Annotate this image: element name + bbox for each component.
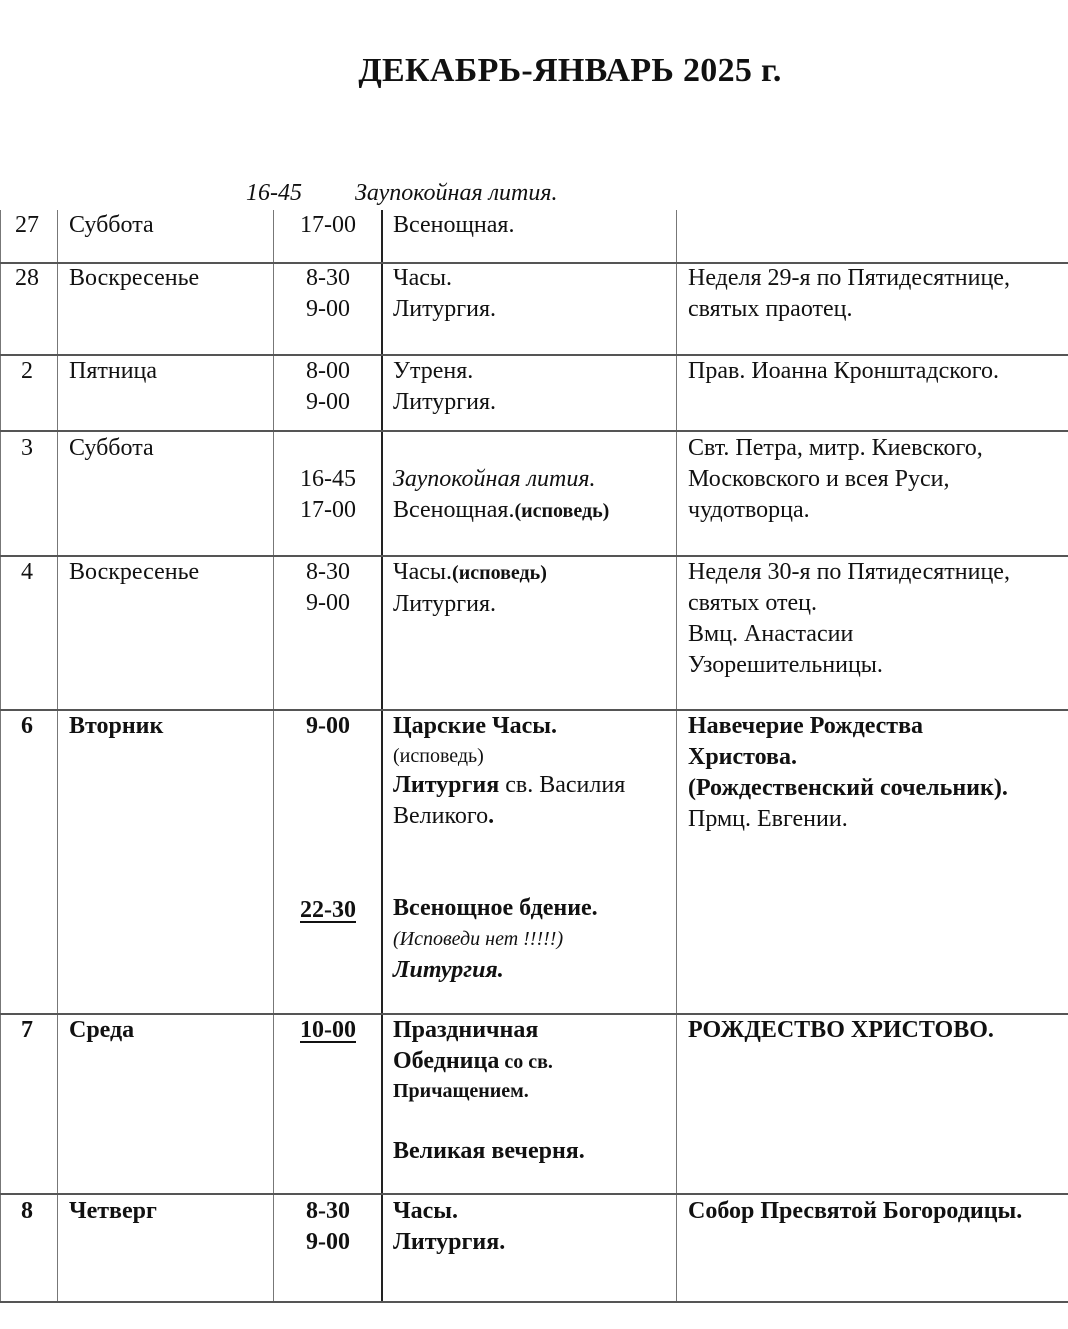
- time: 17-00: [276, 495, 380, 526]
- confession-note: (исповедь): [393, 742, 673, 770]
- service-name: Литургия: [393, 772, 499, 798]
- grid-line: [57, 210, 58, 1303]
- feast-line: святых праотец.: [688, 294, 1068, 325]
- feast-line: Свт. Петра, митр. Киевского,: [688, 433, 1068, 464]
- time-cell: 9-00: [276, 711, 380, 742]
- weekday-cell: Пятница: [69, 356, 157, 387]
- feast-line: Прав. Иоанна Кронштадского.: [688, 356, 1068, 387]
- service: Литургия.: [393, 589, 673, 620]
- service: Всенощное бдение.: [393, 893, 673, 924]
- service: Литургия св. Василия: [393, 770, 673, 801]
- service: Всенощная.(исповедь): [393, 495, 673, 527]
- punctuation: .: [488, 803, 494, 829]
- pre-row-service: Заупокойная лития.: [355, 180, 558, 207]
- feast-line: Московского и всея Руси,: [688, 464, 1068, 495]
- service: Литургия.: [393, 955, 673, 986]
- feast-line: Навечерие Рождества: [688, 711, 1068, 742]
- page-title: ДЕКАБРЬ-ЯНВАРЬ 2025 г.: [0, 52, 1068, 90]
- feast-line: Неделя 30-я по Пятидесятнице,: [688, 557, 1068, 588]
- feast-cell: Неделя 30-я по Пятидесятнице, святых оте…: [688, 557, 1068, 681]
- feast-cell: Прав. Иоанна Кронштадского.: [688, 356, 1068, 387]
- date-cell: 2: [0, 356, 54, 387]
- time: 8-00: [276, 356, 380, 387]
- feast-line: Узорешительницы.: [688, 650, 1068, 681]
- feast-line: Вмц. Анастасии: [688, 619, 1068, 650]
- time-cell: 17-00: [276, 210, 380, 241]
- pre-row-time: 16-45: [246, 180, 302, 207]
- time: 9-00: [276, 1227, 380, 1258]
- time-cell: 8-30 9-00: [276, 263, 380, 325]
- service-cell: Царские Часы. (исповедь) Литургия св. Ва…: [393, 711, 673, 832]
- time-cell: 22-30: [276, 895, 380, 926]
- service: Литургия.: [393, 294, 673, 325]
- service-name: Обедница: [393, 1048, 499, 1074]
- weekday-cell: Воскресенье: [69, 263, 199, 294]
- service-detail: со св.: [499, 1051, 553, 1073]
- feast-line: святых отец.: [688, 588, 1068, 619]
- service-cell: Часы. Литургия.: [393, 263, 673, 325]
- service-cell: Часы. Литургия.: [393, 1196, 673, 1258]
- grid-line: [0, 1301, 1068, 1303]
- service: Великого.: [393, 801, 673, 832]
- weekday-cell: Суббота: [69, 433, 154, 464]
- service-name: Всенощная.: [393, 497, 514, 523]
- service-cell: Заупокойная лития. Всенощная.(исповедь): [393, 464, 673, 527]
- service: Литургия.: [393, 1227, 673, 1258]
- feast-line: Христова.: [688, 742, 1068, 773]
- feast-cell: Собор Пресвятой Богородицы.: [688, 1196, 1068, 1227]
- service-detail: св. Василия: [499, 772, 625, 798]
- service-detail: Великого: [393, 803, 488, 829]
- service-name: Часы.: [393, 559, 452, 585]
- service: Заупокойная лития.: [393, 464, 673, 495]
- date-cell: 8: [0, 1196, 54, 1227]
- feast-cell: Неделя 29-я по Пятидесятнице, святых пра…: [688, 263, 1068, 325]
- time: 8-30: [276, 263, 380, 294]
- time-cell: 8-30 9-00: [276, 1196, 380, 1258]
- confession-note: (исповедь): [452, 562, 547, 584]
- grid-line: [676, 210, 677, 1303]
- feast-line: Прмц. Евгении.: [688, 804, 1068, 835]
- time-cell: 8-30 9-00: [276, 557, 380, 619]
- time: 8-30: [276, 557, 380, 588]
- grid-line: [0, 430, 1068, 432]
- grid-line: [273, 210, 274, 1303]
- feast-line: чудотворца.: [688, 495, 1068, 526]
- time: 16-45: [276, 464, 380, 495]
- date-cell: 28: [0, 263, 54, 294]
- service: Часы.: [393, 263, 673, 294]
- service: Часы.: [393, 1196, 673, 1227]
- weekday-cell: Суббота: [69, 210, 154, 241]
- weekday-cell: Четверг: [69, 1196, 157, 1227]
- service-detail: Причащением.: [393, 1078, 673, 1104]
- feast-line: (Рождественский сочельник).: [688, 773, 1068, 804]
- time: 8-30: [276, 1196, 380, 1227]
- weekday-cell: Воскресенье: [69, 557, 199, 588]
- service-cell: Всенощная.: [393, 210, 673, 241]
- service: Утреня.: [393, 356, 673, 387]
- time: 9-00: [276, 294, 380, 325]
- confession-note: (Исповеди нет !!!!!): [393, 924, 673, 955]
- service: Часы.(исповедь): [393, 557, 673, 589]
- date-cell: 4: [0, 557, 54, 588]
- time: 9-00: [276, 588, 380, 619]
- time-cell: 8-00 9-00: [276, 356, 380, 418]
- feast-cell: РОЖДЕСТВО ХРИСТОВО.: [688, 1015, 1068, 1046]
- service-cell: Часы.(исповедь) Литургия.: [393, 557, 673, 620]
- service: Праздничная: [393, 1015, 673, 1046]
- time-cell: 10-00: [276, 1015, 380, 1046]
- feast-line: Неделя 29-я по Пятидесятнице,: [688, 263, 1068, 294]
- service-cell: Утреня. Литургия.: [393, 356, 673, 418]
- date-cell: 6: [0, 711, 54, 742]
- weekday-cell: Среда: [69, 1015, 134, 1046]
- weekday-cell: Вторник: [69, 711, 163, 742]
- grid-line: [0, 1193, 1068, 1195]
- date-cell: 7: [0, 1015, 54, 1046]
- feast-line: РОЖДЕСТВО ХРИСТОВО.: [688, 1015, 1068, 1046]
- service: Царские Часы.: [393, 711, 673, 742]
- service: Великая вечерня.: [393, 1136, 673, 1167]
- feast-cell: Навечерие Рождества Христова. (Рождестве…: [688, 711, 1068, 835]
- service: Обедница со св.: [393, 1046, 673, 1078]
- date-cell: 27: [0, 210, 54, 241]
- confession-note: (исповедь): [514, 500, 609, 522]
- grid-line: [381, 210, 383, 1303]
- time-cell: 16-45 17-00: [276, 464, 380, 526]
- service: Литургия.: [393, 387, 673, 418]
- service-cell: Всенощное бдение. (Исповеди нет !!!!!) Л…: [393, 893, 673, 986]
- date-cell: 3: [0, 433, 54, 464]
- feast-cell: Свт. Петра, митр. Киевского, Московского…: [688, 433, 1068, 526]
- feast-line: Собор Пресвятой Богородицы.: [688, 1196, 1068, 1227]
- service-cell: Праздничная Обедница со св. Причащением.…: [393, 1015, 673, 1167]
- time: 9-00: [276, 387, 380, 418]
